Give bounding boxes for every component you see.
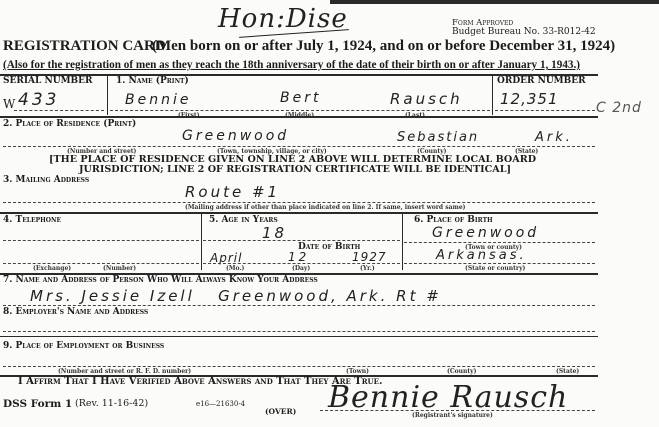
field-line — [110, 110, 490, 111]
employment-label: 9. Place of Employment or Business — [3, 341, 164, 351]
serial-label: SERIAL NUMBER — [3, 76, 92, 86]
contact-value[interactable]: Mrs. Jessie Izell Greenwood, Ark. Rt # — [30, 287, 442, 305]
annotation-handwritten: Hon:Dise — [218, 4, 348, 34]
divider — [107, 75, 108, 115]
form-number: DSS Form 1 — [3, 398, 72, 410]
residence-label: 2. Place of Residence (Print) — [3, 119, 136, 129]
employment-state-caption: (State) — [556, 368, 579, 375]
field-line — [404, 242, 595, 243]
telephone-label: 4. Telephone — [3, 215, 61, 225]
residence-county[interactable]: Sebastian — [397, 130, 479, 145]
field-line — [3, 146, 595, 147]
field-line — [3, 331, 595, 332]
number-caption: (Number) — [103, 265, 136, 272]
birthplace-label: 6. Place of Birth — [414, 215, 493, 225]
divider — [0, 212, 598, 214]
field-line — [320, 410, 595, 411]
form-title-sub: (Men born on or after July 1, 1924, and … — [152, 38, 615, 55]
notice-line-2: JURISDICTION; LINE 2 OF REGISTRATION CER… — [79, 164, 511, 175]
day-caption: (Day) — [292, 265, 310, 272]
signature-caption: (Registrant's signature) — [412, 412, 493, 419]
field-line — [3, 202, 595, 203]
field-line — [3, 240, 199, 241]
mailing-value[interactable]: Route #1 — [185, 183, 280, 201]
budget-bureau: Budget Bureau No. 33-R012-42 — [452, 27, 596, 37]
mailing-label: 3. Mailing Address — [3, 175, 89, 185]
field-line — [404, 263, 595, 264]
serial-value[interactable]: 433 — [18, 90, 59, 110]
year-caption: (Yr.) — [360, 265, 375, 272]
field-line — [14, 110, 104, 111]
order-value[interactable]: 12,351 — [500, 90, 559, 108]
field-line — [3, 366, 595, 367]
form-subtitle: (Also for the registration of men as the… — [3, 59, 580, 71]
birthplace-town[interactable]: Greenwood — [432, 225, 539, 241]
residence-town[interactable]: Greenwood — [182, 128, 289, 144]
divider — [492, 75, 493, 115]
print-code: e16—21630-4 — [196, 400, 245, 408]
divider — [201, 213, 202, 270]
name-label: 1. Name (Print) — [116, 76, 189, 86]
field-line — [3, 263, 199, 264]
employment-county-caption: (County) — [447, 368, 476, 375]
name-last[interactable]: Rausch — [390, 90, 463, 108]
order-margin-note: C 2nd — [596, 100, 642, 116]
field-line — [203, 263, 400, 264]
name-first[interactable]: Bennie — [125, 92, 191, 108]
over-note: (OVER) — [265, 407, 296, 416]
form-revision: (Rev. 11-16-42) — [75, 398, 148, 409]
divider — [0, 336, 598, 337]
employment-town-caption: (Town) — [346, 368, 369, 375]
birthplace-state-caption: (State or country) — [465, 265, 525, 272]
field-line — [495, 110, 595, 111]
employer-label: 8. Employer's Name and Address — [3, 307, 148, 317]
field-line — [203, 240, 400, 241]
employment-street-caption: (Number and street or R. F. D. number) — [58, 368, 191, 375]
name-middle[interactable]: Bert — [280, 90, 321, 106]
serial-prefix: W — [3, 97, 15, 111]
dob-year[interactable]: 1927 — [352, 250, 387, 264]
dob-day[interactable]: 12 — [288, 250, 309, 264]
mailing-caption: (Mailing address if other than place ind… — [185, 204, 466, 211]
contact-label: 7. Name and Address of Person Who Will A… — [3, 275, 318, 285]
scan-edge — [330, 0, 659, 4]
residence-state[interactable]: Ark. — [535, 130, 573, 145]
exchange-caption: (Exchange) — [33, 265, 71, 272]
field-line — [3, 305, 595, 306]
form-title: REGISTRATION CARD — [3, 38, 166, 55]
divider — [0, 116, 598, 118]
birthplace-state[interactable]: Arkansas. — [436, 248, 527, 263]
month-caption: (Mo.) — [226, 265, 244, 272]
order-label: ORDER NUMBER — [497, 76, 586, 86]
divider — [402, 213, 403, 270]
